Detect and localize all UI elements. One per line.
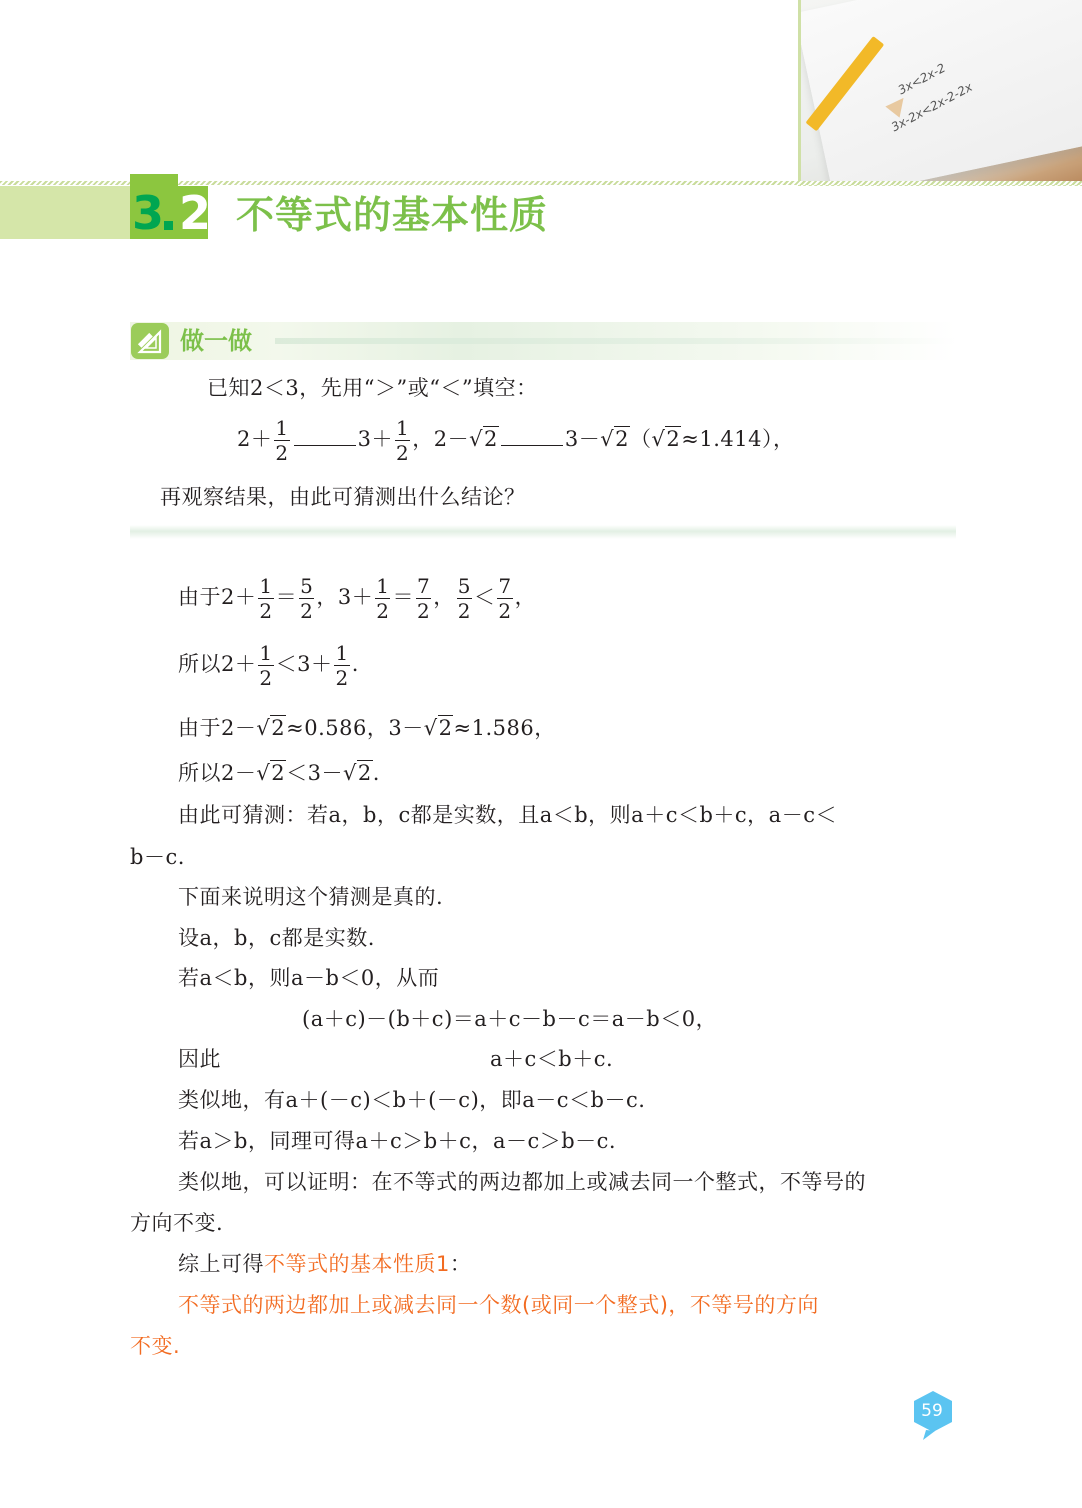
header-left-band (0, 186, 132, 239)
page-number: 59 (911, 1398, 953, 1424)
body-line-4: 所以2－√2＜3－√2. (178, 758, 380, 788)
activity-label: 做一做 (180, 323, 252, 359)
ruler-pencil-icon (131, 323, 169, 359)
activity-separator (130, 525, 956, 539)
sqrt-two: √2 (469, 424, 499, 454)
activity-header-line (275, 338, 955, 344)
property-1-statement: 不等式的两边都加上或减去同一个数(或同一个整式)，不等号的方向 (178, 1290, 819, 1320)
body-line-7: 设a，b，c都是实数. (178, 923, 375, 953)
body-line-9-equation: (a＋c)－(b＋c)＝a＋c－b－c＝a－b＜0， (302, 1004, 717, 1034)
body-line-5b: b－c. (130, 842, 185, 872)
activity-expression: 2＋123＋12，2－√23－√2（√2≈1.414）， (237, 418, 794, 463)
body-line-14: 综上可得不等式的基本性质1： (178, 1249, 471, 1279)
body-line-8: 若a＜b，则a－b＜0，从而 (178, 963, 439, 993)
sqrt-two: √2 (652, 424, 682, 454)
summary-prefix: 综上可得 (178, 1252, 264, 1276)
body-line-12: 若a＞b，同理可得a＋c＞b＋c，a－c＞b－c. (178, 1126, 616, 1156)
fill-blank-1[interactable] (294, 427, 356, 446)
section-number-dot (164, 221, 173, 230)
body-line-2: 所以2＋12＜3＋12. (178, 643, 359, 688)
body-line-11: 类似地，有a＋(－c)＜b＋(－c)，即a－c＜b－c. (178, 1085, 645, 1115)
body-line-1: 由于2＋12＝52，3＋12＝72，52＜72， (178, 576, 536, 621)
body-line-10-expr: a＋c＜b＋c. (490, 1044, 613, 1074)
sqrt-two: √2 (600, 424, 630, 454)
body-line-13b: 方向不变. (130, 1208, 223, 1238)
section-title: 不等式的基本性质 (236, 190, 548, 240)
body-line-13: 类似地，可以证明：在不等式的两边都加上或减去同一个整式，不等号的 (178, 1167, 866, 1197)
section-number-major: 3 (132, 186, 164, 240)
property-1-title: 不等式的基本性质1 (264, 1252, 450, 1276)
activity-question: 再观察结果，由此可猜测出什么结论？ (160, 482, 526, 512)
fraction-one-half: 12 (274, 418, 289, 463)
section-number-minor: 2 (179, 186, 211, 240)
body-line-10-label: 因此 (178, 1044, 221, 1074)
body-line-6: 下面来说明这个猜测是真的. (178, 882, 443, 912)
activity-prompt: 已知2＜3，先用“＞”或“＜”填空： (207, 373, 538, 403)
body-line-3: 由于2－√2≈0.586，3－√2≈1.586， (178, 713, 556, 743)
fraction-one-half: 12 (395, 418, 410, 463)
header-photo: 3x<2x-2 3x-2x<2x-2-2x (798, 0, 1082, 186)
body-line-5: 由此可猜测：若a，b，c都是实数，且a＜b，则a＋c＜b＋c，a－c＜ (178, 800, 837, 830)
fill-blank-2[interactable] (501, 427, 563, 446)
property-1-statement-cont: 不变. (130, 1331, 180, 1361)
